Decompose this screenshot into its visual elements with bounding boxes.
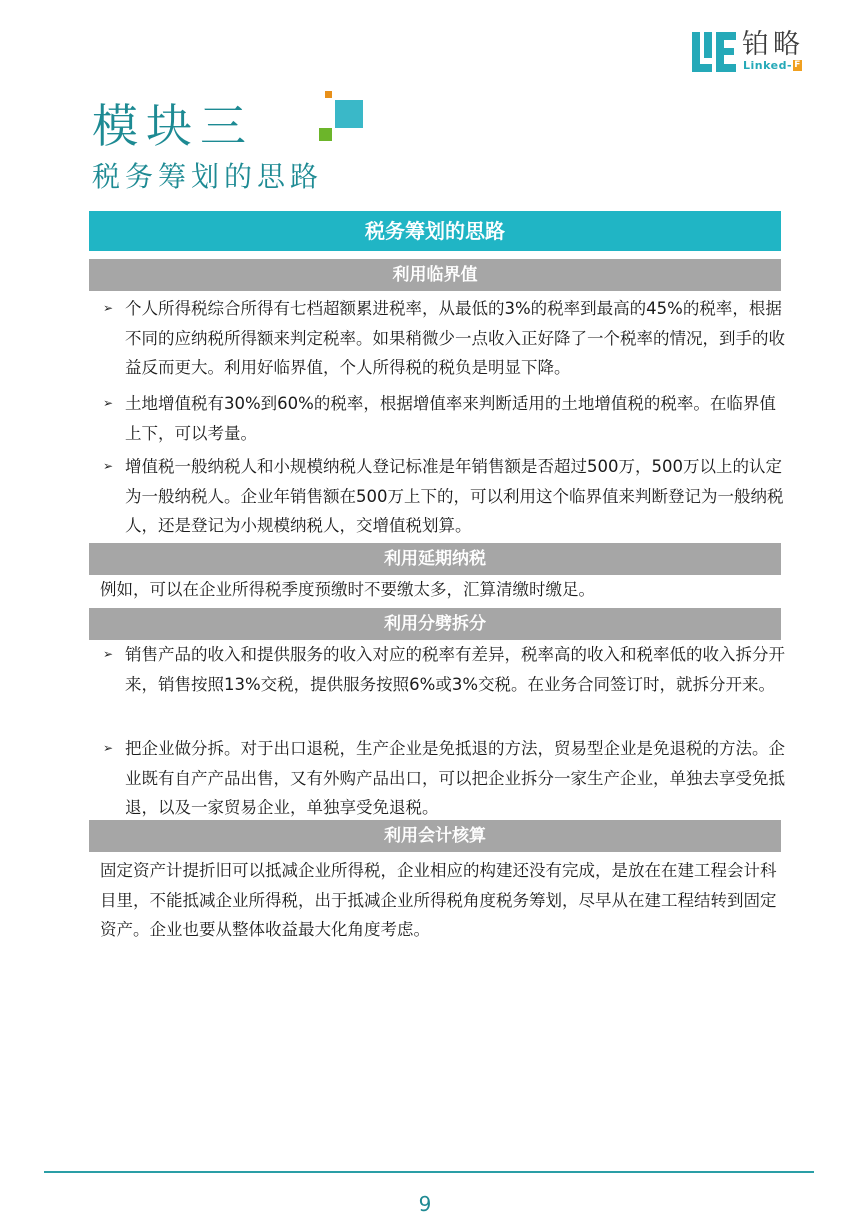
module-title: 模块三: [92, 100, 254, 152]
decorative-square-orange: [325, 91, 332, 98]
main-title-bar: 税务筹划的思路: [89, 211, 781, 251]
arrow-bullet-icon: ➢: [103, 452, 125, 541]
bullet-item: ➢ 增值税一般纳税人和小规模纳税人登记标准是年销售额是否超过500万，500万以…: [103, 452, 785, 541]
bullet-text: 增值税一般纳税人和小规模纳税人登记标准是年销售额是否超过500万，500万以上的…: [125, 452, 785, 541]
arrow-bullet-icon: ➢: [103, 389, 125, 448]
arrow-bullet-icon: ➢: [103, 734, 125, 823]
arrow-bullet-icon: ➢: [103, 294, 125, 383]
logo-chinese-text: 铂略: [742, 30, 804, 60]
bullet-text: 土地增值税有30%到60%的税率，根据增值率来判断适用的土地增值税的税率。在临界…: [125, 389, 785, 448]
bullet-item: ➢ 销售产品的收入和提供服务的收入对应的税率有差异，税率高的收入和税率低的收入拆…: [103, 640, 785, 699]
arrow-bullet-icon: ➢: [103, 640, 125, 699]
bullet-text: 个人所得税综合所得有七档超额累进税率，从最低的3%的税率到最高的45%的税率，根…: [125, 294, 785, 383]
brand-logo: 铂略 Linked-F: [692, 32, 812, 74]
footer-divider: [44, 1171, 814, 1173]
logo-en-word: Linked-: [743, 59, 792, 72]
section-header-split: 利用分劈拆分: [89, 608, 781, 640]
bullet-item: ➢ 土地增值税有30%到60%的税率，根据增值率来判断适用的土地增值税的税率。在…: [103, 389, 785, 448]
section-paragraph: 例如，可以在企业所得税季度预缴时不要缴太多，汇算清缴时缴足。: [100, 575, 780, 605]
decorative-square-green: [319, 128, 332, 141]
section-paragraph: 固定资产计提折旧可以抵减企业所得税，企业相应的构建还没有完成，是放在在建工程会计…: [100, 856, 782, 945]
logo-f-badge: F: [793, 60, 802, 71]
decorative-square-teal: [335, 100, 363, 128]
logo-english-text: Linked-F: [743, 60, 802, 72]
bullet-item: ➢ 把企业做分拆。对于出口退税，生产企业是免抵退的方法，贸易型企业是免退税的方法…: [103, 734, 785, 823]
section-header-deferred-tax: 利用延期纳税: [89, 543, 781, 575]
page-number: 9: [0, 1192, 850, 1216]
section-header-accounting: 利用会计核算: [89, 820, 781, 852]
bullet-text: 销售产品的收入和提供服务的收入对应的税率有差异，税率高的收入和税率低的收入拆分开…: [125, 640, 785, 699]
bullet-text: 把企业做分拆。对于出口退税，生产企业是免抵退的方法，贸易型企业是免退税的方法。企…: [125, 734, 785, 823]
bullet-item: ➢ 个人所得税综合所得有七档超额累进税率，从最低的3%的税率到最高的45%的税率…: [103, 294, 785, 383]
module-subtitle: 税务筹划的思路: [92, 160, 323, 194]
section-header-critical-value: 利用临界值: [89, 259, 781, 291]
logo-mark-icon: [692, 32, 736, 72]
